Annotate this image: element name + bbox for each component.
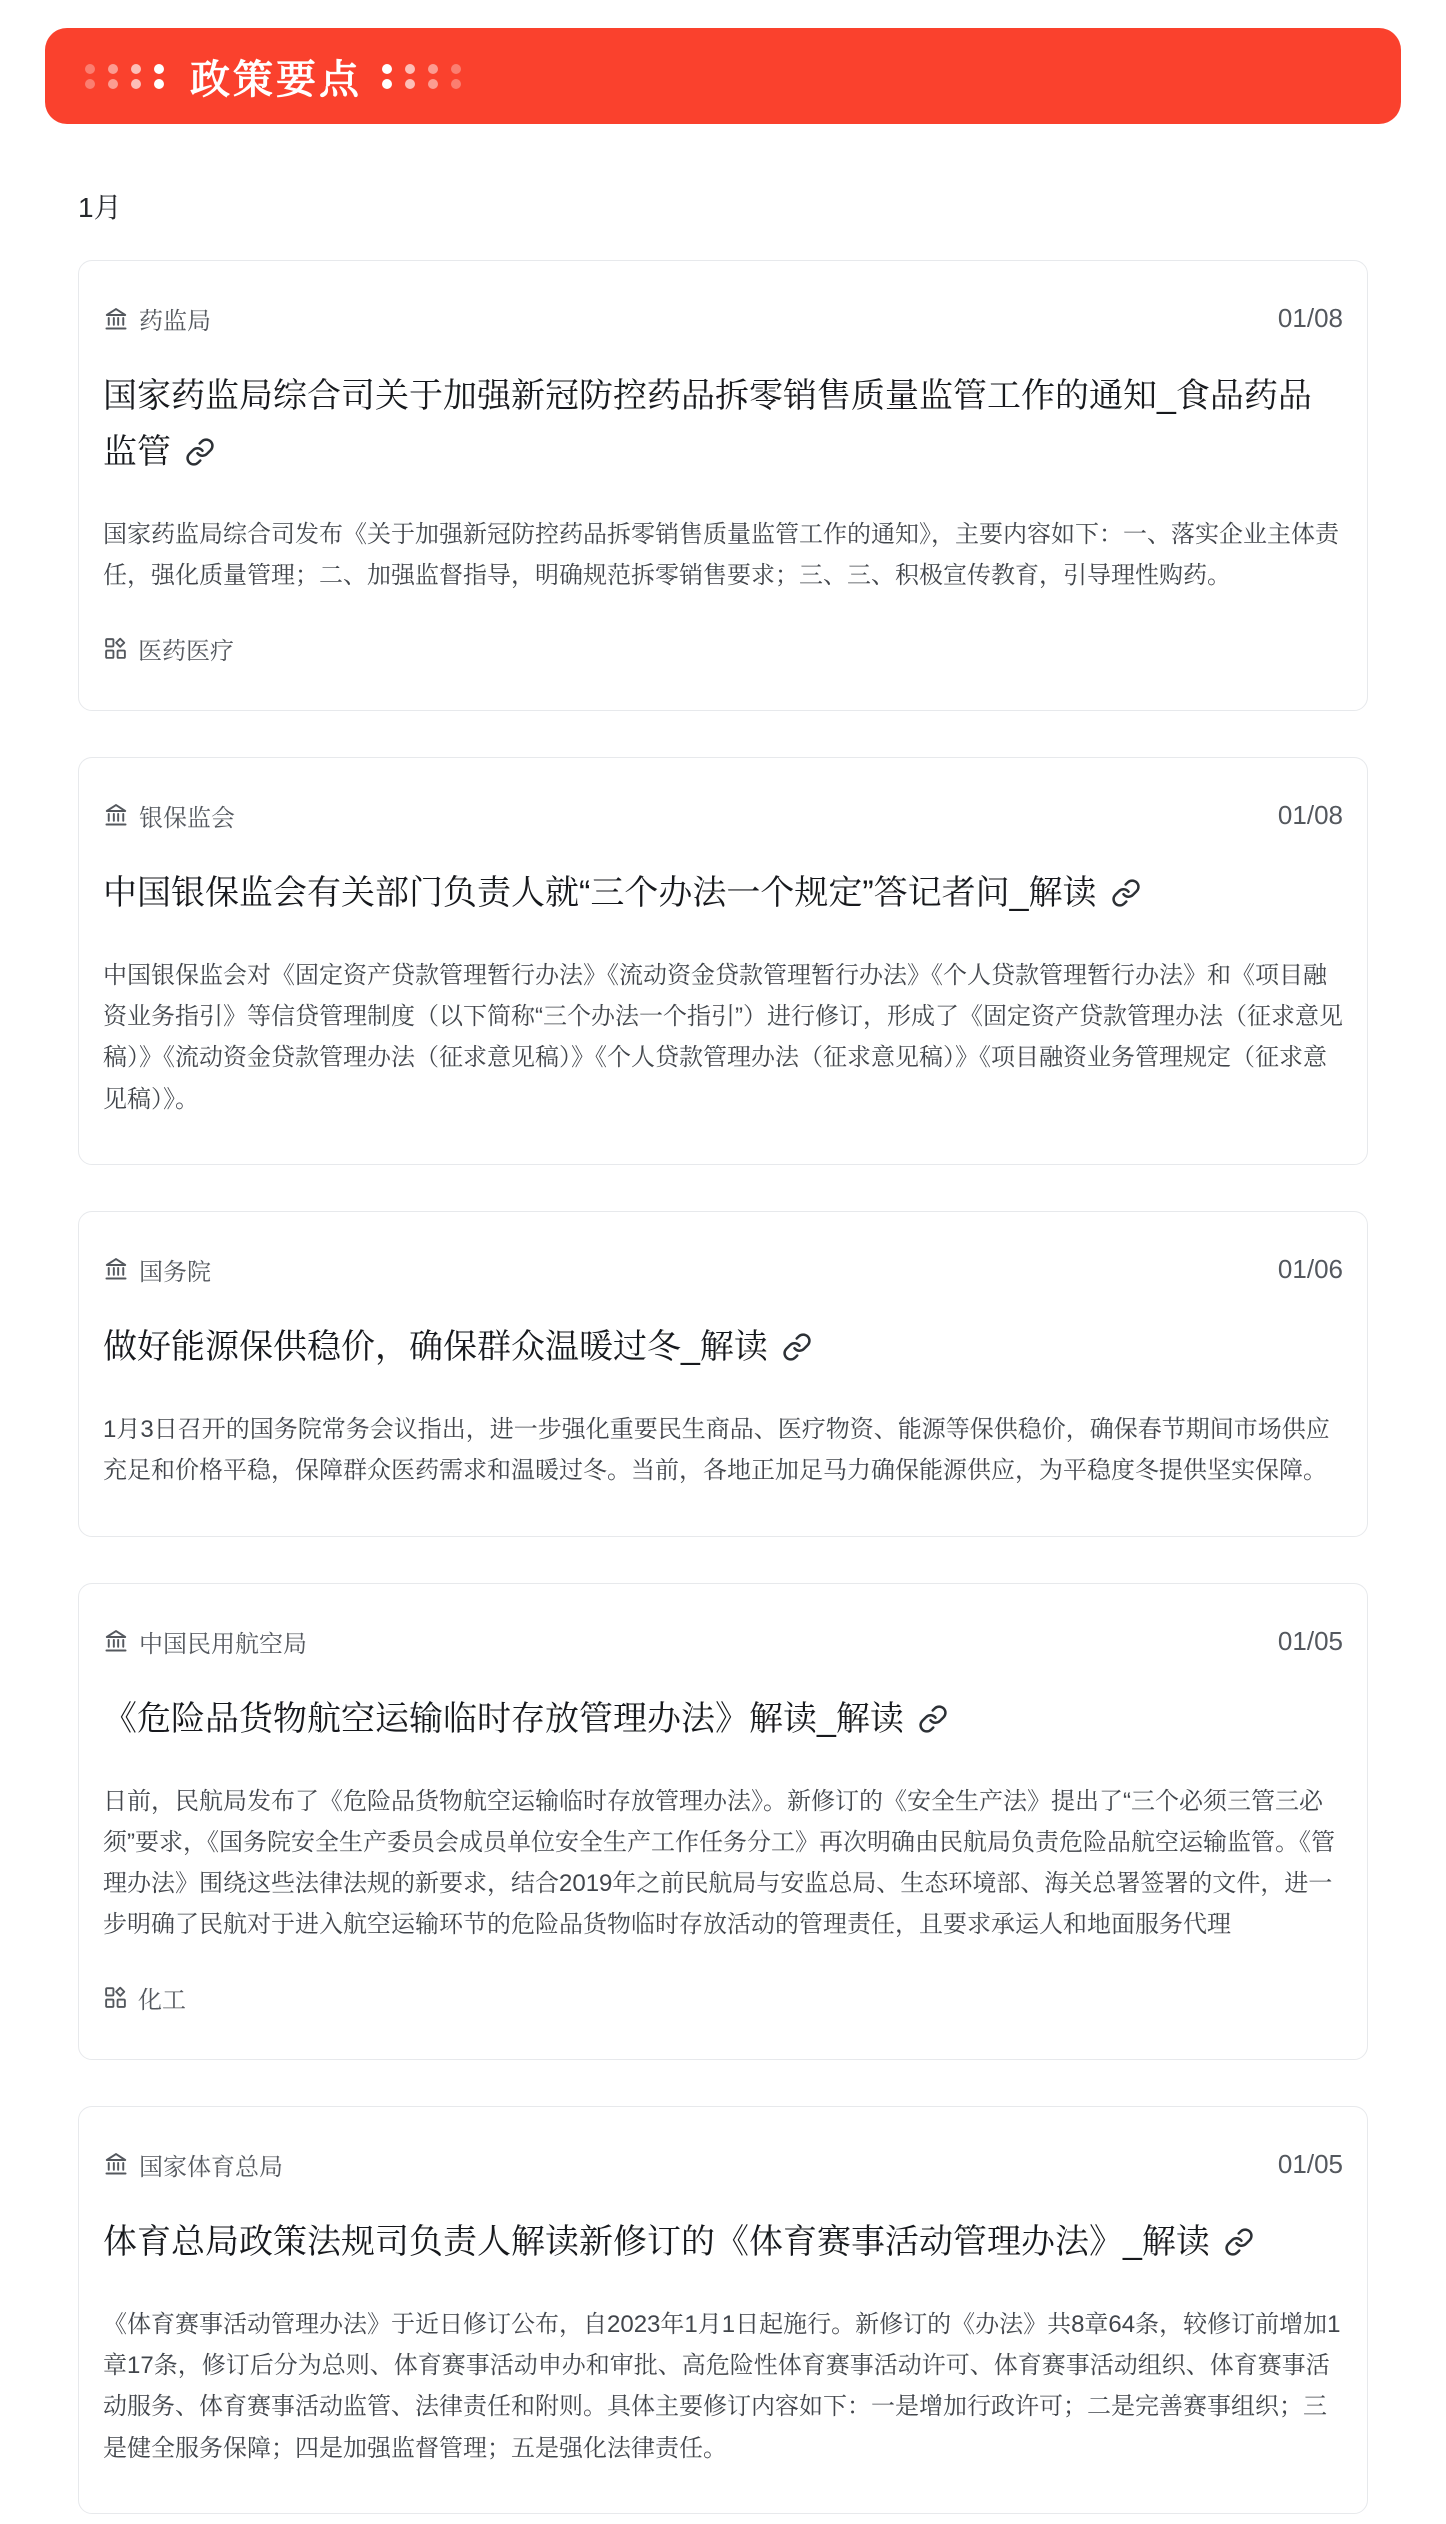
link-icon[interactable]	[1224, 2227, 1254, 2257]
card-title[interactable]: 体育总局政策法规司负责人解读新修订的《体育赛事活动管理办法》_解读	[103, 2214, 1343, 2270]
month-label: 1月	[78, 186, 1368, 226]
card-header: 药监局 01/08	[103, 301, 1343, 336]
card-date: 01/08	[1278, 303, 1343, 334]
link-icon[interactable]	[782, 1332, 812, 1362]
banner: 政策要点	[45, 28, 1401, 124]
bank-icon	[103, 2151, 129, 2177]
link-icon[interactable]	[1111, 878, 1141, 908]
policy-card-list: 药监局 01/08 国家药监局综合司关于加强新冠防控药品拆零销售质量监管工作的通…	[78, 260, 1368, 2514]
link-icon[interactable]	[918, 1704, 948, 1734]
policy-card: 银保监会 01/08 中国银保监会有关部门负责人就“三个办法一个规定”答记者问_…	[78, 757, 1368, 1165]
institution-label: 药监局	[139, 301, 211, 336]
card-date: 01/05	[1278, 2149, 1343, 2180]
card-title[interactable]: 中国银保监会有关部门负责人就“三个办法一个规定”答记者问_解读	[103, 865, 1343, 921]
card-description: 日前，民航局发布了《危险品货物航空运输临时存放管理办法》。新修订的《安全生产法》…	[103, 1781, 1343, 1946]
page-title: 政策要点	[190, 48, 362, 105]
card-header: 国务院 01/06	[103, 1252, 1343, 1287]
institution: 药监局	[103, 301, 211, 336]
category-icon	[103, 636, 128, 661]
link-icon[interactable]	[185, 437, 215, 467]
policy-card: 中国民用航空局 01/05 《危险品货物航空运输临时存放管理办法》解读_解读 日…	[78, 1583, 1368, 2060]
institution-label: 国务院	[139, 1252, 211, 1287]
policy-card: 国务院 01/06 做好能源保供稳价，确保群众温暖过冬_解读 1月3日召开的国务…	[78, 1211, 1368, 1537]
bank-icon	[103, 306, 129, 332]
card-header: 中国民用航空局 01/05	[103, 1624, 1343, 1659]
card-header: 银保监会 01/08	[103, 798, 1343, 833]
card-date: 01/08	[1278, 800, 1343, 831]
institution: 国家体育总局	[103, 2147, 283, 2182]
tag-label: 医药医疗	[138, 631, 234, 666]
bank-icon	[103, 1628, 129, 1654]
category-icon	[103, 1985, 128, 2010]
card-title[interactable]: 做好能源保供稳价，确保群众温暖过冬_解读	[103, 1319, 1343, 1375]
card-date: 01/06	[1278, 1254, 1343, 1285]
institution: 中国民用航空局	[103, 1624, 307, 1659]
card-tag: 化工	[103, 1980, 1343, 2015]
policy-card: 药监局 01/08 国家药监局综合司关于加强新冠防控药品拆零销售质量监管工作的通…	[78, 260, 1368, 711]
bank-icon	[103, 1256, 129, 1282]
card-description: 中国银保监会对《固定资产贷款管理暂行办法》《流动资金贷款管理暂行办法》《个人贷款…	[103, 955, 1343, 1120]
card-date: 01/05	[1278, 1626, 1343, 1657]
bank-icon	[103, 802, 129, 828]
institution: 银保监会	[103, 798, 235, 833]
card-tag: 医药医疗	[103, 631, 1343, 666]
card-title[interactable]: 国家药监局综合司关于加强新冠防控药品拆零销售质量监管工作的通知_食品药品监管	[103, 368, 1343, 480]
card-description: 国家药监局综合司发布《关于加强新冠防控药品拆零销售质量监管工作的通知》，主要内容…	[103, 514, 1343, 597]
institution: 国务院	[103, 1252, 211, 1287]
institution-label: 银保监会	[139, 798, 235, 833]
institution-label: 中国民用航空局	[139, 1624, 307, 1659]
dot-decoration-right	[382, 64, 461, 89]
policy-card: 国家体育总局 01/05 体育总局政策法规司负责人解读新修订的《体育赛事活动管理…	[78, 2106, 1368, 2514]
card-title[interactable]: 《危险品货物航空运输临时存放管理办法》解读_解读	[103, 1691, 1343, 1747]
institution-label: 国家体育总局	[139, 2147, 283, 2182]
tag-label: 化工	[138, 1980, 186, 2015]
card-header: 国家体育总局 01/05	[103, 2147, 1343, 2182]
card-description: 《体育赛事活动管理办法》于近日修订公布，自2023年1月1日起施行。新修订的《办…	[103, 2304, 1343, 2469]
dot-decoration-left	[85, 64, 164, 89]
card-description: 1月3日召开的国务院常务会议指出，进一步强化重要民生商品、医疗物资、能源等保供稳…	[103, 1409, 1343, 1492]
